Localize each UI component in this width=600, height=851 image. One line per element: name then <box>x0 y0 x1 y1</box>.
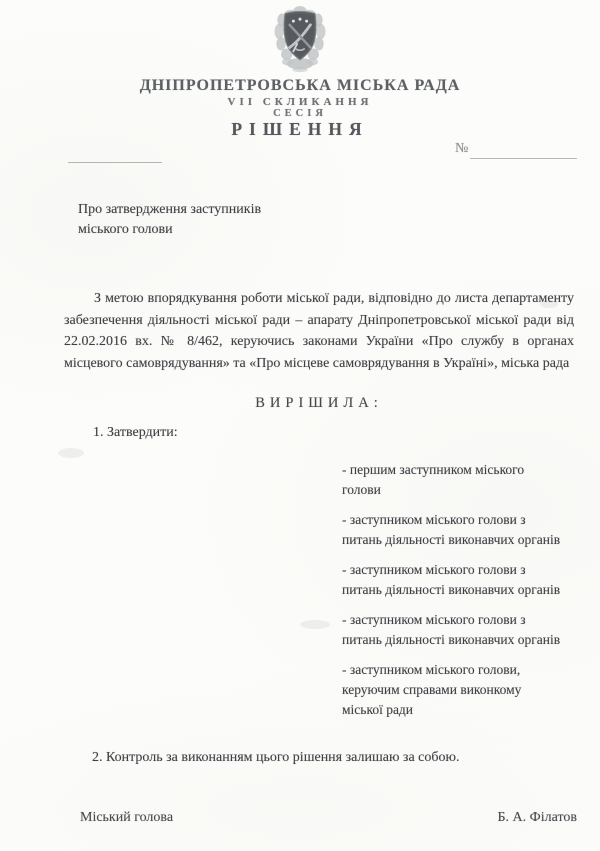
list-item: - заступником міського голови з питань д… <box>342 560 584 600</box>
council-name: ДНІПРОПЕТРОВСЬКА МІСЬКА РАДА <box>0 77 600 95</box>
signature-name: Б. А. Філатов <box>498 810 577 826</box>
document-type-title: РІШЕННЯ <box>0 119 600 140</box>
list-item: - першим заступником міського голови <box>342 460 584 500</box>
resolution-item-1: 1. Затвердити: <box>93 425 178 441</box>
scan-artifact <box>540 300 558 308</box>
positions-list: - першим заступником міського голови - з… <box>342 460 584 730</box>
signature-title: Міський голова <box>80 810 173 826</box>
preamble-paragraph: З метою впорядкування роботи міської рад… <box>64 288 574 374</box>
session-line: СЕСІЯ <box>0 108 600 119</box>
resolution-item-2: 2. Контроль за виконанням цього рішення … <box>92 750 459 766</box>
document-subject: Про затвердження заступників міського го… <box>78 200 358 240</box>
list-item: - заступником міського голови з питань д… <box>342 610 584 650</box>
scanned-decision-document: ДНІПРОПЕТРОВСЬКА МІСЬКА РАДА VII СКЛИКАН… <box>0 0 600 851</box>
resolved-heading: ВИРІШИЛА: <box>64 395 574 412</box>
list-item: - заступником міського голови з питань д… <box>342 510 584 550</box>
scan-artifact <box>300 620 330 629</box>
number-blank-line <box>470 143 577 159</box>
scan-artifact <box>58 448 84 458</box>
date-blank-line <box>68 147 162 163</box>
convocation-line: VII СКЛИКАННЯ <box>0 96 600 108</box>
number-sign: № <box>455 141 468 157</box>
list-item: - заступником міського голови, керуючим … <box>342 660 584 720</box>
city-coat-of-arms-icon <box>262 5 338 75</box>
